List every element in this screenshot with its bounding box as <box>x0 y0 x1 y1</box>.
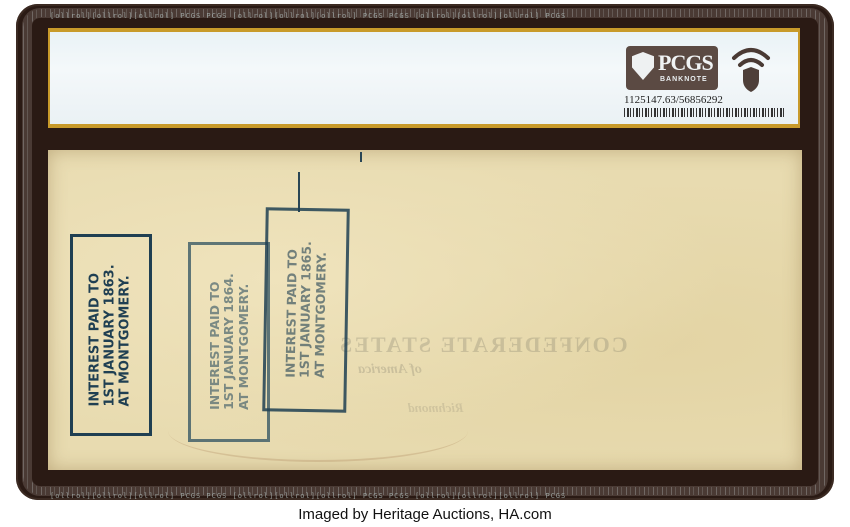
stamp-line: AT MONTGOMERY. <box>312 242 329 379</box>
stamp-line: AT MONTGOMERY. <box>118 264 133 406</box>
barcode <box>624 108 784 117</box>
brand-sub: BANKNOTE <box>660 76 708 83</box>
frame-pattern-top: [ollrol][ollrol][ollrol] PCGS PCGS [ollr… <box>50 12 820 20</box>
ink-mark <box>298 172 300 212</box>
stamp-line: INTEREST PAID TO <box>89 264 104 406</box>
pcgs-shield-icon <box>632 52 654 80</box>
pcgs-banknote-logo: PCGS BANKNOTE <box>626 46 718 90</box>
stamp-line: 1ST JANUARY 1864. <box>222 274 236 411</box>
cert-number: 1125147.63/56856292 <box>624 94 723 106</box>
bleedthrough-subtitle: of America <box>358 362 422 378</box>
stamp-line: INTEREST PAID TO <box>207 274 221 411</box>
brand-name: PCGS <box>658 50 713 76</box>
image-credit: Imaged by Heritage Auctions, HA.com <box>0 506 850 523</box>
interest-stamp-1865: INTEREST PAID TO 1ST JANUARY 1865. AT MO… <box>262 207 350 412</box>
interest-stamp-1863: INTEREST PAID TO 1ST JANUARY 1863. AT MO… <box>70 234 152 436</box>
secure-shield-icon <box>730 44 772 94</box>
ink-mark <box>360 152 362 162</box>
grading-label: PCGS BANKNOTE 1125147.63/56856292 <box>48 28 800 128</box>
interest-stamp-1864: INTEREST PAID TO 1ST JANUARY 1864. AT MO… <box>188 242 270 442</box>
label-insert: PCGS BANKNOTE 1125147.63/56856292 <box>50 32 798 124</box>
banknote-back: CONFEDERATE STATES of America Richmond I… <box>48 150 802 470</box>
bleedthrough-title: CONFEDERATE STATES <box>338 332 628 358</box>
stamp-line: 1ST JANUARY 1863. <box>104 264 119 406</box>
frame-pattern-bottom: [ollrol][ollrol][ollrol] PCGS PCGS [ollr… <box>50 492 820 500</box>
stamp-line: AT MONTGOMERY. <box>236 274 250 411</box>
